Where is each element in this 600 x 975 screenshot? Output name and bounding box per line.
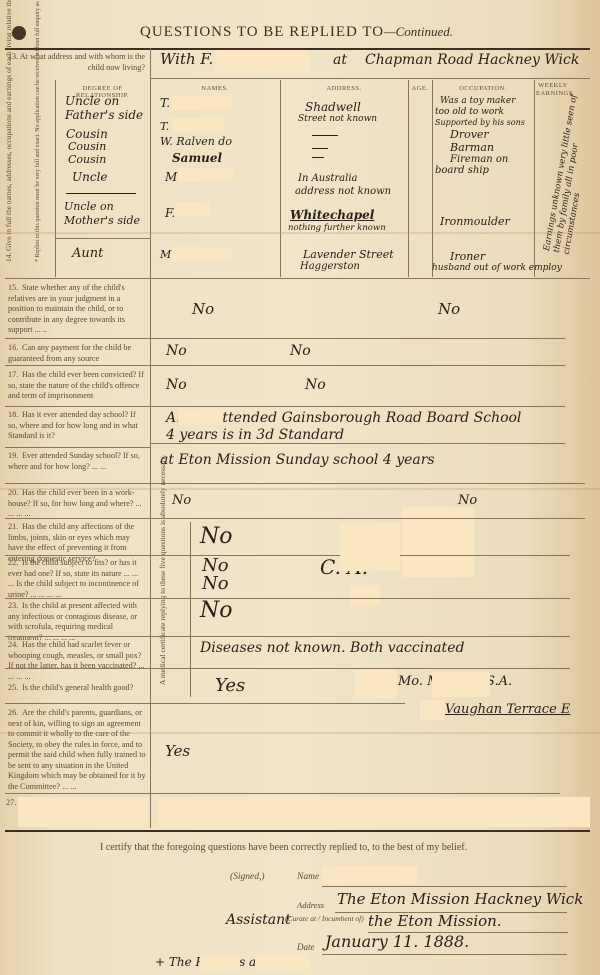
q13-answer-with: With F. bbox=[160, 50, 213, 68]
dash-mark bbox=[312, 157, 324, 158]
relationship-cousin: Cousin bbox=[66, 127, 108, 141]
rule bbox=[150, 443, 565, 444]
redaction bbox=[158, 797, 590, 827]
q17-number: 17. bbox=[8, 370, 22, 381]
q24-number: 24. bbox=[8, 640, 22, 651]
q18-answer-line2: 4 years is in 3d Standard bbox=[166, 427, 344, 443]
q22-question: 22.Is the child subject to fits? or has … bbox=[8, 558, 146, 600]
q18-number: 18. bbox=[8, 410, 22, 421]
q19-number: 19. bbox=[8, 451, 22, 462]
redaction bbox=[420, 700, 445, 720]
address-cell: Haggerston bbox=[300, 261, 360, 272]
q26-number: 26. bbox=[8, 708, 22, 719]
date-label: Date bbox=[297, 942, 315, 953]
dash-mark bbox=[312, 148, 328, 149]
rule bbox=[5, 278, 590, 279]
address-value: The Eton Mission Hackney Wick bbox=[337, 890, 583, 908]
occupation-cell: husband out of work employ bbox=[432, 263, 562, 273]
redaction bbox=[432, 672, 490, 697]
q16-question: 16.Can any payment for the child be guar… bbox=[8, 343, 146, 364]
q15-text: State whether any of the child's relativ… bbox=[8, 283, 125, 334]
redaction bbox=[200, 954, 240, 970]
name-cell: Samuel bbox=[172, 151, 222, 165]
occupation-cell: Barman bbox=[450, 141, 494, 154]
col-header-address: ADDRESS. bbox=[280, 85, 408, 92]
relationship-cousin: Cousin bbox=[68, 140, 106, 153]
col-divider bbox=[408, 80, 409, 277]
name-line bbox=[322, 886, 567, 887]
q20-answer: No bbox=[458, 493, 477, 508]
dash-mark bbox=[312, 135, 338, 136]
q14-note-vertical: * Replies to this question must be very … bbox=[34, 82, 43, 262]
separator-mark bbox=[66, 193, 136, 194]
redaction bbox=[18, 797, 148, 827]
occupation-cell: Ironer bbox=[450, 250, 485, 263]
q24-question: 24.Has the child had scarlet fever or wh… bbox=[8, 640, 146, 682]
rule bbox=[5, 703, 405, 704]
q22-text: Is the child subject to fits? or has it … bbox=[8, 558, 139, 599]
rule bbox=[5, 365, 565, 366]
col-header-age: AGE. bbox=[408, 85, 432, 92]
col-header-names: NAMES. bbox=[150, 85, 280, 92]
rule bbox=[5, 793, 560, 794]
fold-mark bbox=[0, 488, 600, 490]
redaction bbox=[340, 523, 400, 571]
redaction bbox=[355, 670, 397, 698]
address-label: Address bbox=[297, 900, 324, 911]
q16-answer: No bbox=[166, 343, 187, 359]
rule bbox=[5, 636, 570, 637]
q21-number: 21. bbox=[8, 522, 22, 533]
name-label: Name bbox=[297, 872, 319, 883]
rule bbox=[5, 483, 585, 484]
document-page: QUESTIONS TO BE REPLIED TO—Continued. 13… bbox=[0, 0, 600, 975]
rule bbox=[5, 518, 585, 519]
q16-number: 16. bbox=[8, 343, 22, 354]
q26-question: 26.Are the child's parents, guardians, o… bbox=[8, 708, 146, 792]
relationship-aunt: Aunt bbox=[72, 246, 103, 261]
bottom-rule bbox=[5, 830, 590, 832]
redaction bbox=[255, 954, 310, 970]
q13-question: 13. At what address and with whom is the… bbox=[5, 52, 145, 73]
rule bbox=[5, 406, 565, 407]
q20-answer: No bbox=[172, 493, 191, 508]
medical-side-label: A medical certificate replying to these … bbox=[158, 520, 167, 685]
redaction bbox=[175, 202, 210, 216]
q23-answer: No bbox=[200, 598, 233, 623]
title-suffix: —Continued. bbox=[384, 24, 453, 39]
earnings-note: Earnings unknown very little seen of the… bbox=[542, 92, 599, 255]
q18-question: 18.Has it ever attended day school? If s… bbox=[8, 410, 146, 442]
punch-hole bbox=[12, 26, 26, 40]
q17-answer: No bbox=[305, 377, 326, 393]
address-cell: In Australia bbox=[298, 173, 357, 184]
q25-answer: Yes bbox=[215, 675, 245, 696]
col-header-earnings: WEEKLY EARNINGS bbox=[536, 82, 570, 98]
q22-answer-incontinence: No bbox=[202, 573, 229, 594]
name-cell: T. bbox=[160, 96, 170, 110]
q26-text: Are the child's parents, guardians, or n… bbox=[8, 708, 146, 791]
q19-text: Ever attended Sunday school? If so, wher… bbox=[8, 451, 140, 471]
col-divider bbox=[280, 80, 281, 277]
q21-text: Has the child any affections of the limb… bbox=[8, 522, 134, 563]
rule bbox=[5, 598, 570, 599]
q15-question: 15.State whether any of the child's rela… bbox=[8, 283, 146, 336]
page-title: QUESTIONS TO BE REPLIED TO—Continued. bbox=[140, 24, 453, 41]
rule bbox=[150, 78, 590, 79]
q25-question: 25.Is the child's general health good? bbox=[8, 683, 146, 694]
date-value: January 11. 1888. bbox=[325, 932, 469, 951]
q17-text: Has the child ever been convicted? If so… bbox=[8, 370, 144, 400]
q14-question-vertical: 14. Give in full the names, addresses, o… bbox=[4, 82, 13, 262]
occupation-cell: Was a toy maker bbox=[440, 96, 516, 106]
title-text: QUESTIONS TO BE REPLIED TO bbox=[140, 24, 384, 40]
rule bbox=[5, 555, 570, 556]
q20-question: 20.Has the child ever been in a work-hou… bbox=[8, 488, 146, 520]
occupation-cell: Ironmoulder bbox=[440, 215, 510, 228]
q16-text: Can any payment for the child be guarant… bbox=[8, 343, 131, 363]
q27-number: 27. bbox=[6, 798, 16, 809]
question-column-divider bbox=[150, 48, 151, 828]
rule bbox=[5, 668, 570, 669]
q16-answer: No bbox=[290, 343, 311, 359]
q13-answer-at: at bbox=[333, 52, 347, 68]
medical-divider bbox=[190, 522, 191, 697]
relationship-uncle-mother: Uncle on Mother's side bbox=[64, 200, 149, 228]
signed-label: (Signed,) bbox=[230, 872, 265, 883]
q24-text: Has the child had scarlet fever or whoop… bbox=[8, 640, 145, 681]
redaction bbox=[178, 409, 223, 425]
q17-answer: No bbox=[166, 377, 187, 393]
name-cell: W. Ralven do bbox=[160, 135, 232, 148]
occupation-cell: too old to work bbox=[435, 107, 504, 117]
address-cell: Street not known bbox=[298, 114, 377, 124]
address-cell: Shadwell bbox=[305, 100, 361, 114]
rule bbox=[5, 447, 150, 448]
q20-text: Has the child ever been in a work-house?… bbox=[8, 488, 142, 518]
q25-number: 25. bbox=[8, 683, 22, 694]
col-header-occupation: OCCUPATION. bbox=[432, 85, 534, 92]
q23-number: 23. bbox=[8, 601, 22, 612]
q15-number: 15. bbox=[8, 283, 22, 294]
redaction bbox=[215, 50, 310, 72]
role-label: (Curate at / Incumbent of) bbox=[285, 914, 364, 925]
rule bbox=[5, 338, 565, 339]
q13-answer-address: Chapman Road Hackney Wick bbox=[365, 52, 579, 68]
redaction bbox=[172, 96, 232, 110]
occupation-cell: board ship bbox=[435, 165, 489, 176]
q15-answer: No bbox=[438, 300, 460, 318]
redaction bbox=[322, 866, 417, 884]
col-divider bbox=[432, 80, 433, 277]
rule bbox=[55, 238, 150, 239]
q14-number: 14. bbox=[4, 253, 13, 262]
redaction bbox=[172, 118, 224, 132]
occupation-cell: Fireman on bbox=[450, 154, 508, 165]
relationship-uncle-father: Uncle on Father's side bbox=[65, 94, 150, 122]
occupation-cell: Supported by his sons bbox=[435, 118, 525, 127]
q19-question: 19.Ever attended Sunday school? If so, w… bbox=[8, 451, 146, 472]
col-divider bbox=[534, 80, 535, 277]
q26-answer: Yes bbox=[165, 742, 190, 760]
role-value: the Eton Mission. bbox=[368, 912, 502, 930]
doctor-address: Vaughan Terrace E bbox=[445, 702, 570, 717]
q17-question: 17.Has the child ever been convicted? If… bbox=[8, 370, 146, 402]
name-cell: F. bbox=[165, 206, 175, 220]
q19-answer: at Eton Mission Sunday school 4 years bbox=[160, 452, 435, 468]
certification-statement: I certify that the foregoing questions h… bbox=[100, 843, 500, 854]
date-line bbox=[322, 954, 567, 955]
relationship-cousin: Cousin bbox=[68, 153, 106, 166]
q21-answer: No bbox=[200, 524, 233, 549]
redaction bbox=[172, 247, 232, 261]
q14-text: Give in full the names, addresses, occup… bbox=[4, 0, 13, 251]
q15-answer: No bbox=[192, 300, 214, 318]
q25-text: Is the child's general health good? bbox=[22, 683, 133, 692]
fold-mark bbox=[0, 232, 600, 234]
occupation-cell: Drover bbox=[450, 128, 489, 141]
q18-text: Has it ever attended day school? If so, … bbox=[8, 410, 138, 440]
col-divider bbox=[55, 80, 56, 277]
fold-mark bbox=[0, 732, 600, 734]
address-cell: Lavender Street bbox=[303, 248, 394, 261]
q22-number: 22. bbox=[8, 558, 22, 569]
redaction bbox=[178, 168, 233, 182]
role-prefix: Assistant bbox=[226, 912, 291, 928]
address-cell: Whitechapel bbox=[290, 208, 374, 222]
address-cell: address not known bbox=[295, 186, 391, 197]
q24-answer: Diseases not known. Both vaccinated bbox=[200, 640, 464, 656]
relationship-uncle: Uncle bbox=[72, 170, 108, 184]
redaction bbox=[350, 585, 380, 605]
